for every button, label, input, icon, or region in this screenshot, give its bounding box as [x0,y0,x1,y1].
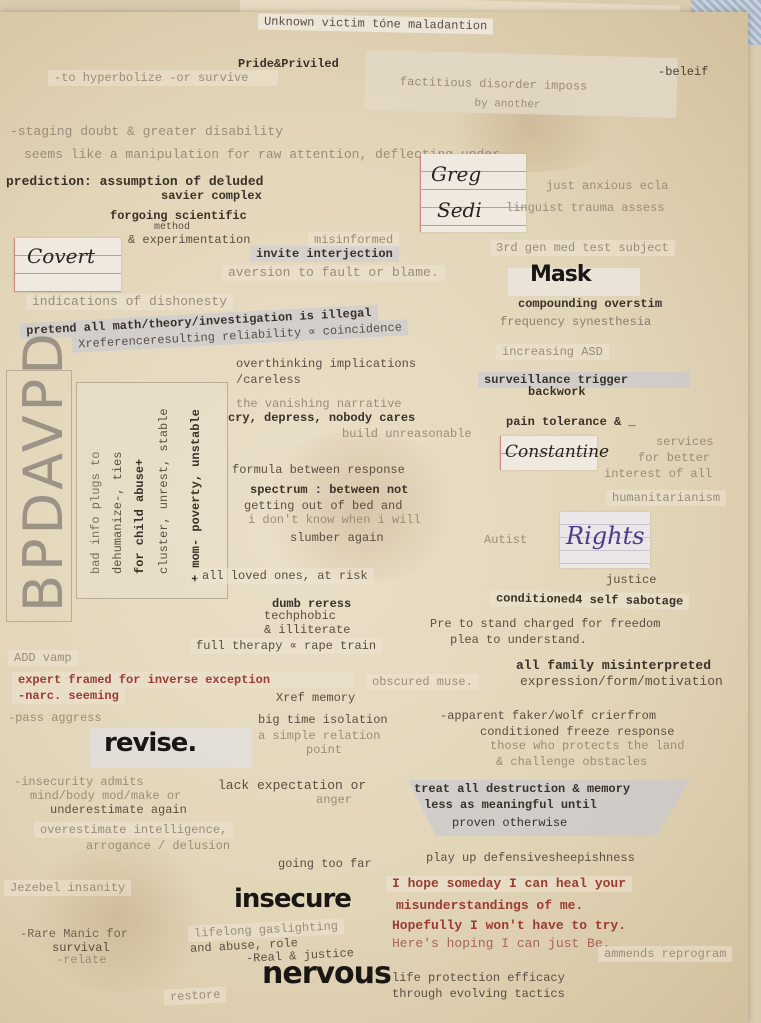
humanitarianism-strip: humanitarianism [606,490,726,506]
overthinking-text: overthinking implications [230,356,422,372]
invite-interjection: invite interjection [250,246,399,262]
big-time-text: big time isolation [252,712,394,728]
bp-pencil-text: BPDAVPD [12,329,75,612]
covert-handwriting: Covert [27,244,95,268]
savior-complex: savier complex [155,188,268,204]
plea-text: plea to understand. [444,632,593,648]
revise-card: revise. [90,728,252,768]
hope-line-3: Hopefully I won't have to try. [386,918,632,934]
vertical-line-5: + mom- poverty, unstable [188,403,204,588]
treat-line-1: treat all destruction & memory [414,782,630,796]
obscured-strip: obscured muse. [366,674,479,690]
therapy-strip: full therapy ∝ rape train [190,638,382,654]
mask-handwriting: Mask [530,268,590,282]
protects-text: those who protects the land [484,738,690,754]
illiterate-text: & illiterate [258,622,356,638]
pain-tolerance-text: pain tolerance & _ [500,414,642,430]
protection-text: life protection efficacy [386,970,571,986]
vertical-line-2: dehumanize-, ties [110,446,126,580]
play-up-text: play up defensivesheepishness [420,850,641,866]
going-too-far: going too far [272,856,378,872]
name-card-greg-sedi: Greg Sedi [420,154,526,232]
test-subject-strip: 3rd gen med test subject [490,240,675,256]
synesthesia-text: frequency synesthesia [494,314,657,330]
family-line-2: expression/form/motivation [514,674,729,690]
linguist-text: linguist trauma assess [500,200,670,216]
experimentation-text: & experimentation [122,232,256,248]
stand-charged-text: Pre to stand charged for freedom [424,616,666,632]
factitious-text: factitious disorder imposs [400,75,588,94]
hope-line-2: misunderstandings of me. [390,898,589,914]
services-text: services [650,434,720,450]
treat-strip: treat all destruction & memory less as m… [408,780,690,836]
rights-card: Rights [560,512,650,568]
rights-handwriting: Rights [566,522,645,550]
careless-text: /careless [230,372,307,388]
overestimate-strip: overestimate intelligence, [34,822,233,838]
formula-line-4: i don't know when i will [242,512,427,528]
aversion-strip: aversion to fault or blame. [222,265,445,281]
loved-ones-strip: all loved ones, at risk [196,568,374,584]
ammends-strip: ammends reprogram [598,946,732,962]
treat-line-3: proven otherwise [452,816,567,830]
anxious-text: just anxious ecla [540,178,674,194]
anger-text: anger [310,792,358,808]
staging-doubt: -staging doubt & greater disability [4,124,289,140]
collage-sheet: Unknown victim tóne maladantion Pride&Pr… [0,12,748,1023]
vertical-line-1: bad info plugs to [88,446,104,580]
revise-handwriting: revise. [104,736,196,750]
arrogance-text: arrogance / delusion [80,838,236,854]
nervous-handwriting: nervous [262,956,391,991]
xref-memory: Xref memory [270,690,361,706]
cry-text: cry, depress, nobody cares [222,410,421,426]
stain [20,842,220,992]
mirrored-strip: factitious disorder imposs by another [364,50,677,118]
constantine-handwriting: Constantine [505,442,609,462]
formula-line-1: formula between response [226,462,411,478]
vertical-line-4: cluster, unrest, stable [156,402,172,580]
point-text: point [300,742,348,758]
name-card-constantine: Constantine [500,436,597,470]
hyperbolize-strip: -to hyperbolize -or survive [48,70,278,86]
hope-line-1: I hope someday I can heal your [386,876,632,892]
build-text: build unreasonable [336,426,478,442]
backwork-text: backwork [522,384,592,400]
jezebel-strip: Jezebel insanity [4,880,131,896]
insecure-handwriting: insecure [234,892,351,906]
formula-line-2: spectrum : between not [244,482,414,498]
better-text: for better [632,450,716,466]
pass-aggress: -pass aggress [2,710,108,726]
dishonesty-strip: indications of dishonesty [26,294,233,310]
restore-strip: restore [164,986,227,1005]
mask-card: Mask [508,268,640,296]
underestimate-text: underestimate again [44,802,193,818]
justice-text: justice [600,572,662,588]
vertical-line-3: for child abuse+ [132,453,148,580]
interest-text: interest of all [598,466,718,482]
family-line-1: all family misinterpreted [510,658,717,674]
another-text: by another [474,97,540,113]
title-strip: Unknown victim tóne maladantion [258,14,494,35]
compounding-text: compounding overstim [512,296,668,312]
challenge-text: & challenge obstacles [490,754,653,770]
beleif-text: -beleif [652,64,714,80]
treat-line-2: less as meaningful until [424,798,597,812]
tactics-text: through evolving tactics [386,986,571,1002]
sedi-handwriting: Sedi [437,198,482,222]
seeming-strip: -narc. seeming [12,688,125,704]
apparent-text: -apparent faker/wolf crierfrom [434,708,662,724]
conditioned-strip: conditioned4 self sabotage [490,590,689,609]
name-card-covert: Covert [14,238,121,292]
relate-text: -relate [50,952,112,968]
greg-handwriting: Greg [431,162,481,186]
vamp-strip: ADD vamp [8,650,78,666]
autist-text: Autist [478,532,533,548]
formula-line-5: slumber again [284,530,390,546]
expert-strip: expert framed for inverse exception [12,672,354,688]
hope-line-4: Here's hoping I can just Be. [386,936,616,952]
asd-strip: increasing ASD [496,344,609,360]
